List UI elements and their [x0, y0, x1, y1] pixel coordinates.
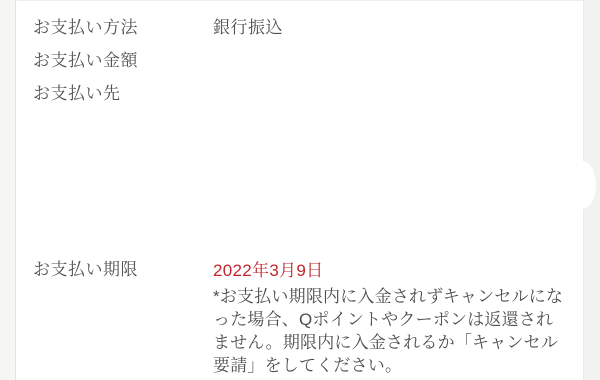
payment-recipient-row: お支払い先 [33, 83, 564, 105]
payment-amount-row: お支払い金額 [33, 50, 564, 72]
payment-info-page: お支払い方法 銀行振込 お支払い金額 お支払い先 お支払い期限 2022年3月9… [0, 0, 600, 380]
payment-amount-label: お支払い金額 [33, 50, 213, 72]
payment-method-value: 銀行振込 [213, 17, 564, 39]
payment-deadline-note: *お支払い期限内に入金されずキャンセルになった場合、Qポイントやクーポンは返還さ… [213, 285, 564, 377]
payment-deadline-date: 2022年3月9日 [213, 259, 564, 283]
payment-deadline-label: お支払い期限 [33, 259, 213, 281]
payment-method-row: お支払い方法 銀行振込 [33, 17, 564, 39]
left-page-gutter [0, 0, 16, 380]
payment-deadline-value-group: 2022年3月9日 *お支払い期限内に入金されずキャンセルになった場合、Qポイン… [213, 259, 564, 377]
payment-deadline-row: お支払い期限 2022年3月9日 *お支払い期限内に入金されずキャンセルになった… [33, 259, 564, 377]
payment-method-label: お支払い方法 [33, 17, 213, 39]
page-edge-cutout [569, 161, 596, 209]
payment-recipient-label: お支払い先 [33, 83, 213, 105]
